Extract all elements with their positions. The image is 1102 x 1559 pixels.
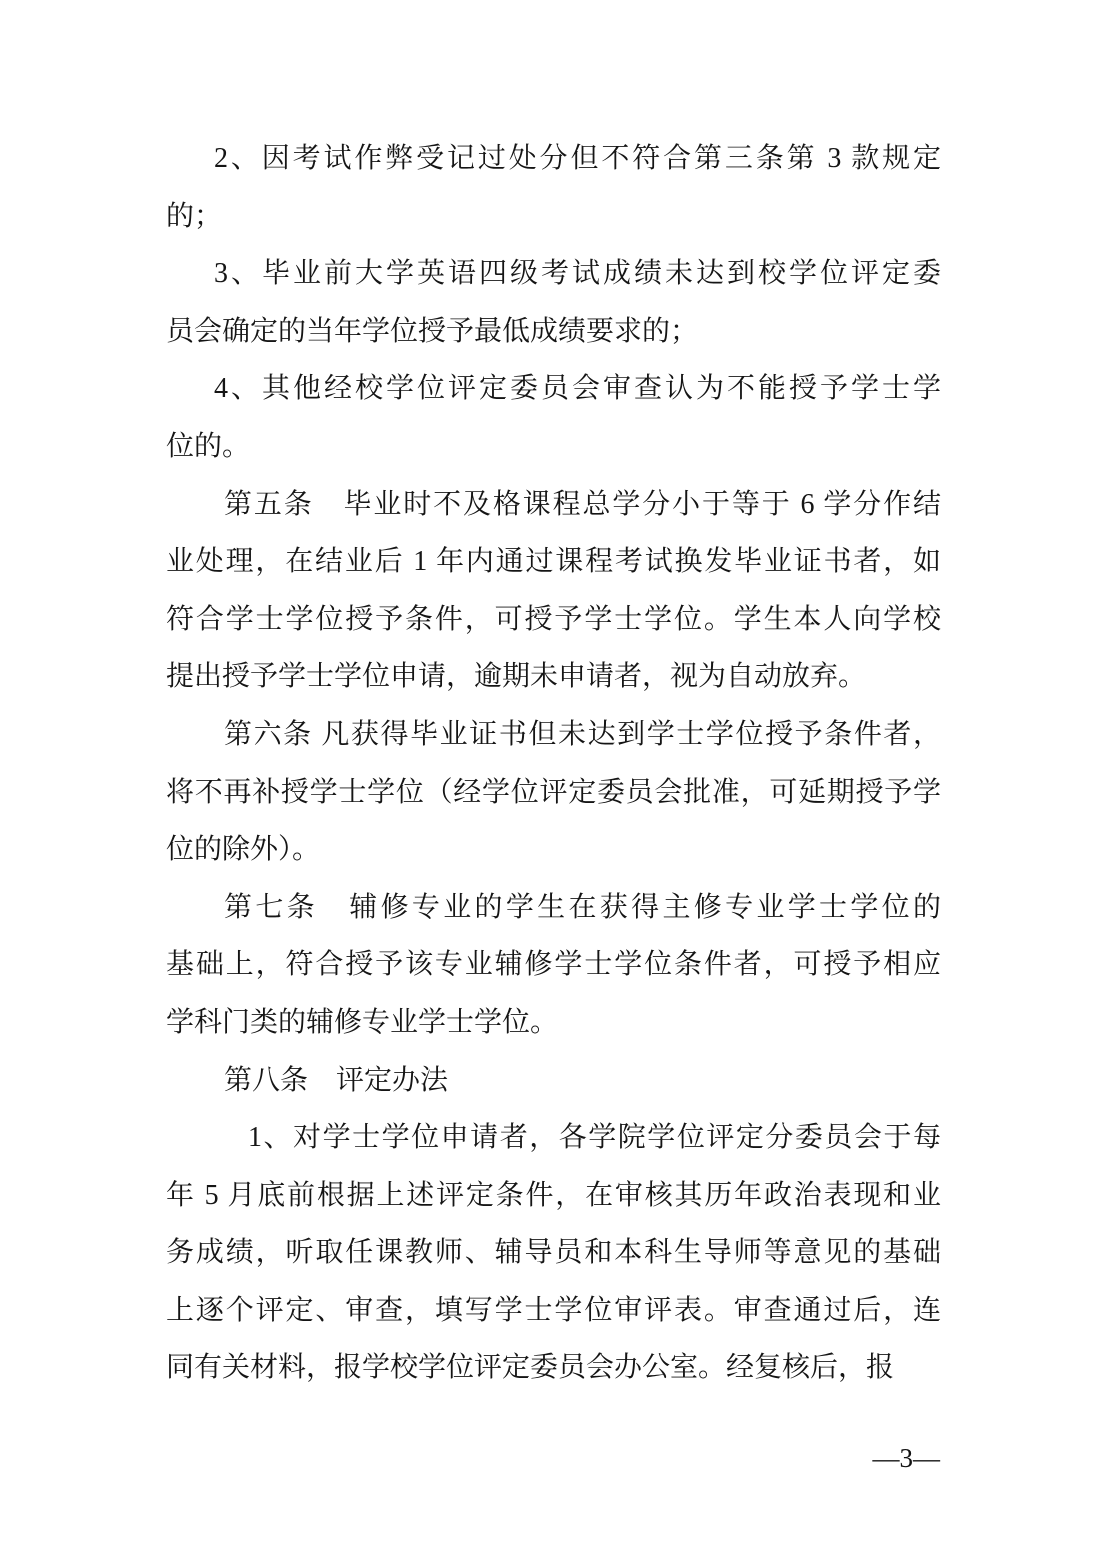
- text-line: 将不再补授学士学位（经学位评定委员会批准，可延期授予学: [166, 764, 941, 822]
- document-body: 2、因考试作弊受记过处分但不符合第三条第 3 款规定的；3、毕业前大学英语四级考…: [166, 130, 941, 1397]
- text-line: 4、其他经校学位评定委员会审查认为不能授予学士学: [166, 360, 941, 418]
- text-line: 第七条 辅修专业的学生在获得主修专业学士学位的: [166, 879, 941, 937]
- text-line: 符合学士学位授予条件，可授予学士学位。学生本人向学校: [166, 591, 941, 649]
- text-line: 年 5 月底前根据上述评定条件，在审核其历年政治表现和业: [166, 1167, 941, 1225]
- article-6: 第六条 凡获得毕业证书但未达到学士学位授予条件者，将不再补授学士学位（经学位评定…: [166, 706, 941, 879]
- clause-item-3: 3、毕业前大学英语四级考试成绩未达到校学位评定委员会确定的当年学位授予最低成绩要…: [166, 245, 941, 360]
- text-line: 上逐个评定、审查，填写学士学位审评表。审查通过后，连: [166, 1282, 941, 1340]
- text-line: 业处理，在结业后 1 年内通过课程考试换发毕业证书者，如: [166, 533, 941, 591]
- text-line: 务成绩，听取任课教师、辅导员和本科生导师等意见的基础: [166, 1224, 941, 1282]
- article-8-heading: 第八条 评定办法: [166, 1052, 941, 1110]
- text-line: 第五条 毕业时不及格课程总学分小于等于 6 学分作结: [166, 476, 941, 534]
- clause-item-4: 4、其他经校学位评定委员会审查认为不能授予学士学位的。: [166, 360, 941, 475]
- text-line: 1、对学士学位申请者，各学院学位评定分委员会于每: [166, 1109, 941, 1167]
- text-line: 3、毕业前大学英语四级考试成绩未达到校学位评定委: [166, 245, 941, 303]
- clause-item-2: 2、因考试作弊受记过处分但不符合第三条第 3 款规定的；: [166, 130, 941, 245]
- text-line: 位的除外）。: [166, 821, 941, 879]
- text-line: 第六条 凡获得毕业证书但未达到学士学位授予条件者，: [166, 706, 941, 764]
- article-7: 第七条 辅修专业的学生在获得主修专业学士学位的基础上，符合授予该专业辅修学士学位…: [166, 879, 941, 1052]
- text-line: 提出授予学士学位申请，逾期未申请者，视为自动放弃。: [166, 648, 941, 706]
- text-line: 2、因考试作弊受记过处分但不符合第三条第 3 款规定: [166, 130, 941, 188]
- text-line: 第八条 评定办法: [166, 1052, 941, 1110]
- text-line: 同有关材料，报学校学位评定委员会办公室。经复核后，报: [166, 1339, 941, 1397]
- text-line: 学科门类的辅修专业学士学位。: [166, 994, 941, 1052]
- text-line: 基础上，符合授予该专业辅修学士学位条件者，可授予相应: [166, 936, 941, 994]
- page-number: —3—: [873, 1442, 941, 1474]
- text-line: 员会确定的当年学位授予最低成绩要求的；: [166, 303, 941, 361]
- document-page: { "page": { "background_color": "#ffffff…: [0, 0, 1102, 1559]
- text-line: 的；: [166, 188, 941, 246]
- text-line: 位的。: [166, 418, 941, 476]
- article-5: 第五条 毕业时不及格课程总学分小于等于 6 学分作结业处理，在结业后 1 年内通…: [166, 476, 941, 706]
- article-8-item-1: 1、对学士学位申请者，各学院学位评定分委员会于每年 5 月底前根据上述评定条件，…: [166, 1109, 941, 1397]
